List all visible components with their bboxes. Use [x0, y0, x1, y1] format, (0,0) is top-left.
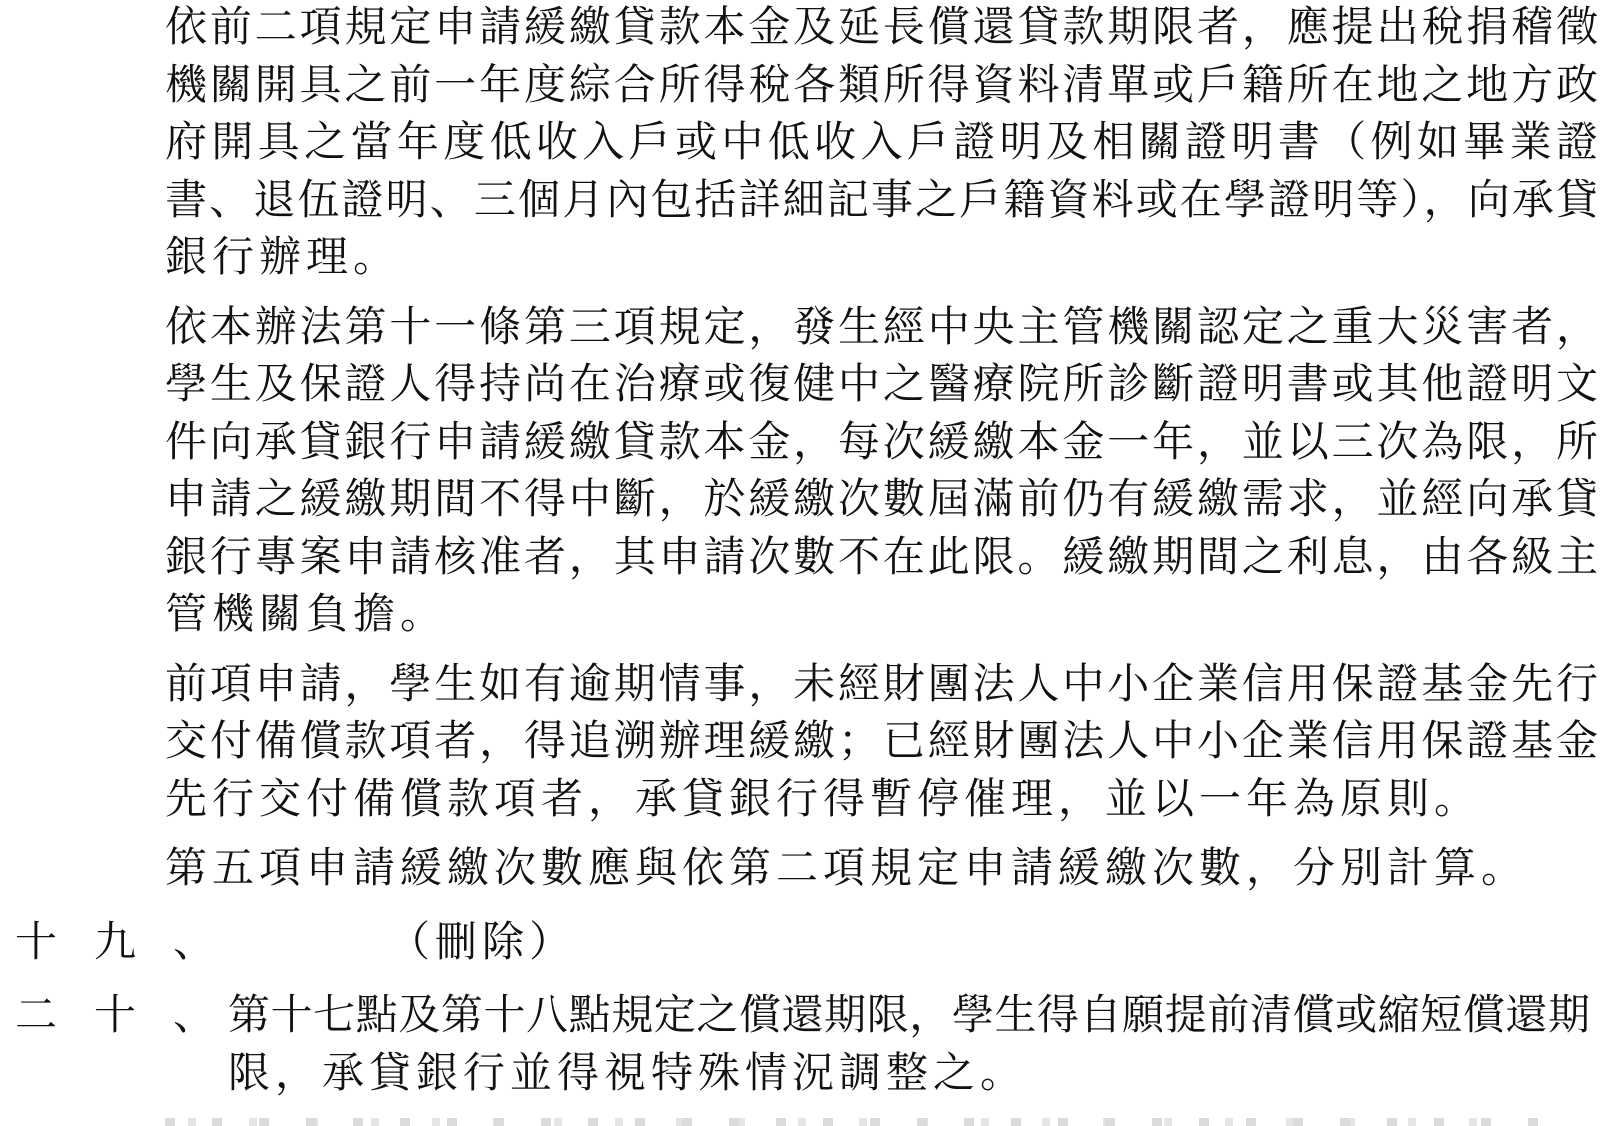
text-line: 學生及保證人得持尚在治療或復健中之醫療院所診斷證明書或其他證明文: [165, 357, 1598, 415]
text-line: 限，承貸銀行並得視特殊情況調整之。: [228, 1046, 1590, 1104]
item-body: 第十七點及第十八點規定之償還期限，學生得自願提前清償或縮短償還期 限，承貸銀行並…: [228, 988, 1590, 1103]
text-line: 先行交付備償款項者，承貸銀行得暫停催理，並以一年為原則。: [165, 772, 1598, 830]
item-number-label: 十九、: [15, 915, 215, 973]
text-line: 府開具之當年度低收入戶或中低收入戶證明及相關證明書（例如畢業證: [165, 115, 1598, 173]
text-line: 管機關負擔。: [165, 587, 1598, 645]
text-line: 件向承貸銀行申請緩繳貸款本金，每次緩繳本金一年，並以三次為限，所: [165, 415, 1598, 473]
text-line: 銀行專案申請核准者，其申請次數不在此限。緩繳期間之利息，由各級主: [165, 530, 1598, 588]
paragraph: 第五項申請緩繳次數應與依第二項規定申請緩繳次數，分別計算。: [165, 841, 1598, 899]
paragraph: 前項申請，學生如有逾期情事，未經財團法人中小企業信用保證基金先行 交付備償款項者…: [165, 657, 1598, 830]
text-line: 第十七點及第十八點規定之償還期限，學生得自願提前清償或縮短償還期: [228, 988, 1590, 1046]
list-item-20: 二十、 第十七點及第十八點規定之償還期限，學生得自願提前清償或縮短償還期 限，承…: [0, 988, 1600, 1103]
text-line: 第五項申請緩繳次數應與依第二項規定申請緩繳次數，分別計算。: [165, 841, 1598, 899]
text-line: 依前二項規定申請緩繳貸款本金及延長償還貸款期限者，應提出稅捐稽徵: [165, 0, 1598, 58]
cut-off-next-line-fragment: [165, 1118, 1560, 1126]
text-line: 機關開具之前一年度綜合所得稅各類所得資料清單或戶籍所在地之地方政: [165, 58, 1598, 116]
text-line: 銀行辦理。: [165, 230, 1598, 288]
text-line: 依本辦法第十一條第三項規定，發生經中央主管機關認定之重大災害者，: [165, 300, 1598, 358]
text-line: 前項申請，學生如有逾期情事，未經財團法人中小企業信用保證基金先行: [165, 657, 1598, 715]
paragraph: 依本辦法第十一條第三項規定，發生經中央主管機關認定之重大災害者， 學生及保證人得…: [165, 300, 1598, 645]
text-line: 交付備償款項者，得追溯辦理緩繳；已經財團法人中小企業信用保證基金: [165, 714, 1598, 772]
document-body: 依前二項規定申請緩繳貸款本金及延長償還貸款期限者，應提出稅捐稽徵 機關開具之前一…: [0, 0, 1600, 1103]
paragraph: 依前二項規定申請緩繳貸款本金及延長償還貸款期限者，應提出稅捐稽徵 機關開具之前一…: [165, 0, 1598, 288]
text-line: （刪除）: [388, 915, 1600, 973]
item-number-label: 二十、: [15, 988, 215, 1046]
text-line: 申請之緩繳期間不得中斷，於緩繳次數屆滿前仍有緩繳需求，並經向承貸: [165, 472, 1598, 530]
text-line: 書、退伍證明、三個月內包括詳細記事之戶籍資料或在學證明等），向承貸: [165, 173, 1598, 231]
document-page: 依前二項規定申請緩繳貸款本金及延長償還貸款期限者，應提出稅捐稽徵 機關開具之前一…: [0, 0, 1600, 1126]
list-item-19: 十九、 （刪除）: [0, 915, 1600, 973]
item-body: （刪除）: [388, 915, 1600, 973]
